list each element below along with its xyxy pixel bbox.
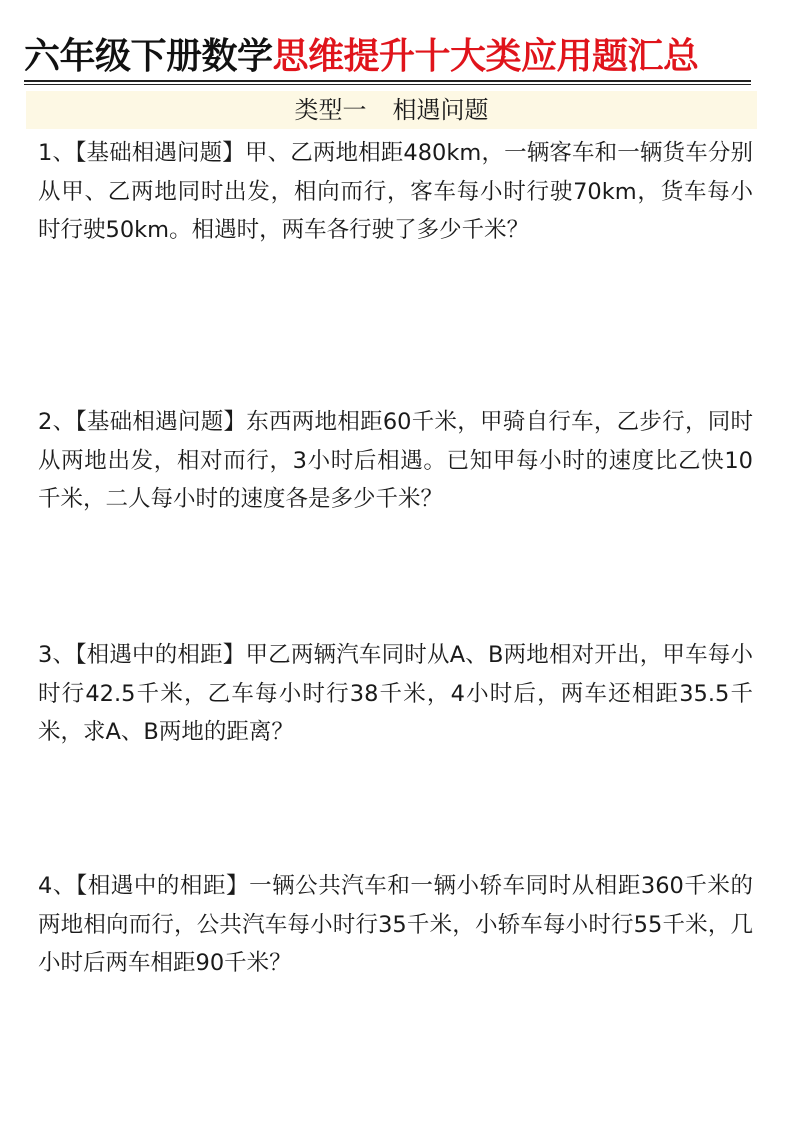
problem-number: 2、 bbox=[38, 409, 75, 435]
section-header-band: 类型一相遇问题 bbox=[26, 91, 757, 129]
problem-item: 2、【基础相遇问题】东西两地相距60千米，甲骑自行车，乙步行，同时从两地出发，相… bbox=[38, 403, 753, 519]
problem-tag: 【基础相遇问题】 bbox=[75, 140, 245, 166]
section-type-name: 相遇问题 bbox=[393, 96, 489, 124]
section-title: 类型一相遇问题 bbox=[26, 91, 757, 129]
problem-number: 4、 bbox=[38, 873, 76, 899]
problem-tag: 【相遇中的相距】 bbox=[76, 873, 249, 899]
problem-item: 1、【基础相遇问题】甲、乙两地相距480km，一辆客车和一辆货车分别从甲、乙两地… bbox=[38, 134, 753, 250]
title-double-underline bbox=[24, 80, 751, 85]
problem-tag: 【基础相遇问题】 bbox=[75, 409, 246, 435]
problem-item: 4、【相遇中的相距】一辆公共汽车和一辆小轿车同时从相距360千米的两地相向而行，… bbox=[38, 867, 753, 983]
title-black-part: 六年级下册数学 bbox=[24, 35, 273, 77]
problem-tag: 【相遇中的相距】 bbox=[75, 642, 245, 668]
problem-item: 3、【相遇中的相距】甲乙两辆汽车同时从A、B两地相对开出，甲车每小时行42.5千… bbox=[38, 636, 753, 752]
title-red-part: 思维提升十大类应用题汇总 bbox=[273, 35, 699, 77]
problem-number: 1、 bbox=[38, 140, 75, 166]
section-type-label: 类型一 bbox=[295, 96, 367, 124]
problem-number: 3、 bbox=[38, 642, 75, 668]
page-title: 六年级下册数学思维提升十大类应用题汇总 bbox=[24, 34, 751, 78]
